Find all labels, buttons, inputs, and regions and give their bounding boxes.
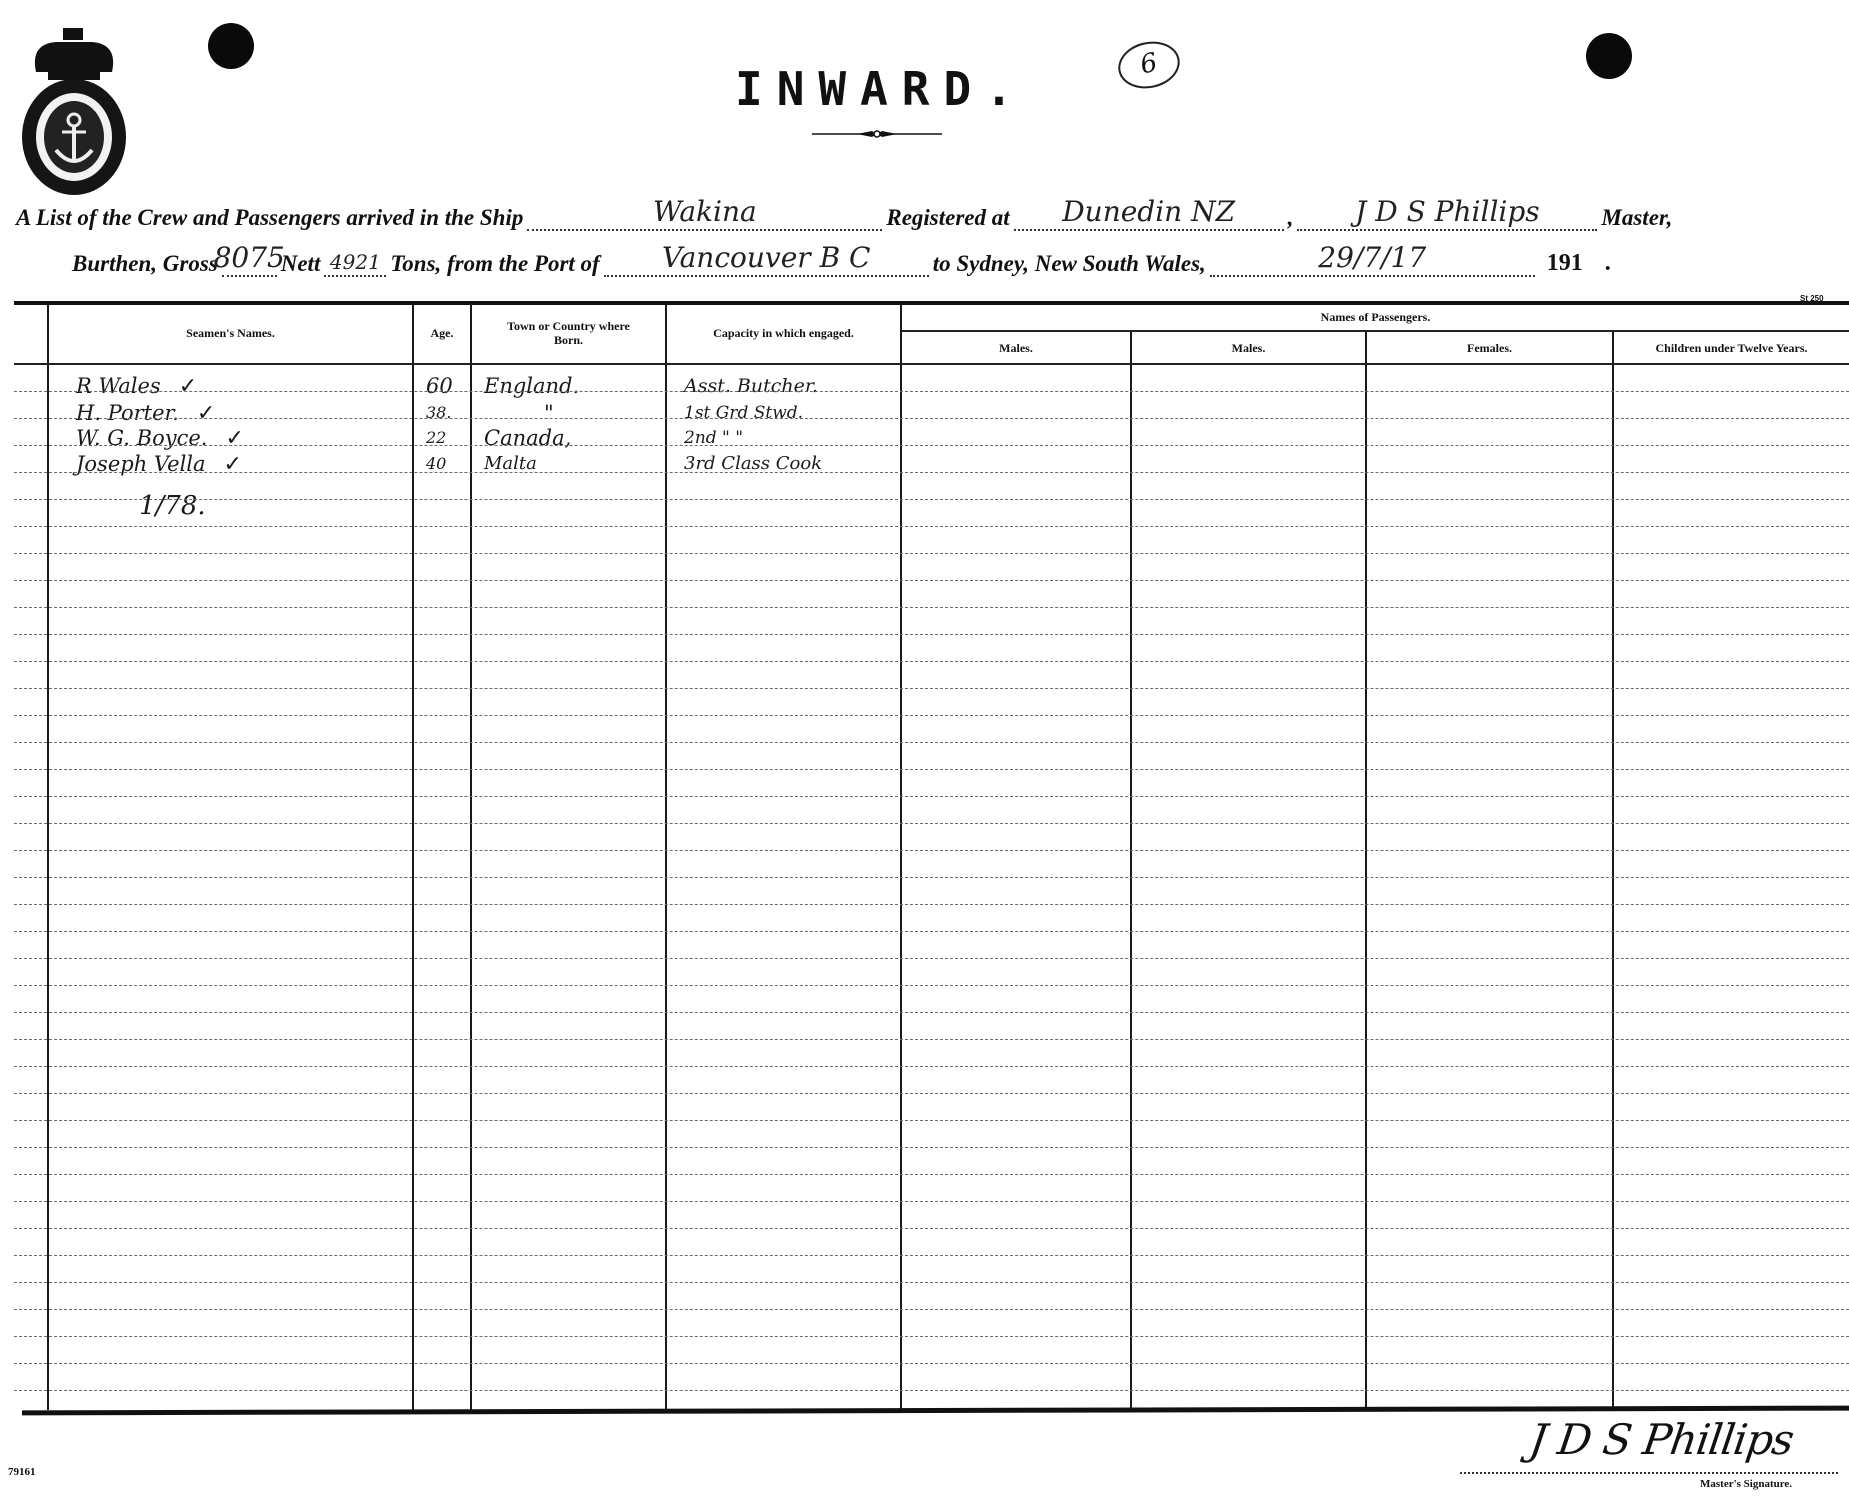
ruled-line — [14, 1390, 1849, 1392]
destination-label: to Sydney, New South Wales, — [931, 251, 1208, 277]
seaman-capacity: Asst. Butcher. — [684, 373, 818, 399]
list-prefix-label: A List of the Crew and Passengers arrive… — [14, 205, 525, 231]
header-males-1: Males. — [902, 332, 1130, 363]
ruled-line — [14, 1282, 1849, 1284]
ruled-line — [14, 904, 1849, 906]
header-town-born: Town or Country where Born. — [472, 303, 665, 363]
header-capacity: Capacity in which engaged. — [667, 303, 900, 363]
master-label: Master, — [1599, 205, 1674, 231]
burthen-gross-label: Burthen, Gross — [70, 251, 220, 277]
ruled-line — [14, 958, 1849, 960]
ruled-line — [14, 580, 1849, 582]
crew-passenger-table: Seamen's Names. Age. Town or Country whe… — [14, 303, 1849, 1413]
seaman-age: 22 — [426, 425, 446, 451]
check-mark-icon: ✓ — [225, 426, 243, 451]
punch-hole — [1586, 33, 1632, 79]
ruled-line — [14, 391, 1849, 393]
header-names-of-passengers: Names of Passengers. — [902, 303, 1849, 331]
ruled-line — [14, 742, 1849, 744]
ship-name-field[interactable]: Wakina — [527, 200, 882, 231]
ruled-line — [14, 850, 1849, 852]
title-ornament-icon — [812, 130, 942, 138]
ruled-line — [14, 931, 1849, 933]
header-males-2: Males. — [1132, 332, 1365, 363]
header-children: Children under Twelve Years. — [1614, 332, 1849, 363]
ruled-line — [14, 499, 1849, 501]
signature-line — [1460, 1472, 1838, 1474]
ruled-line — [14, 445, 1849, 447]
column-divider — [47, 303, 49, 1410]
ruled-line — [14, 1120, 1849, 1122]
crew-tally: 1/78. — [139, 493, 206, 519]
document-title: INWARD. — [735, 62, 1027, 116]
column-divider — [470, 303, 472, 1410]
seaman-age: 38. — [426, 400, 451, 426]
ruled-line — [14, 985, 1849, 987]
ruled-line — [14, 634, 1849, 636]
sheet-number: 6 — [1114, 36, 1184, 94]
check-mark-icon: ✓ — [197, 401, 215, 426]
anchor-crown-seal-icon — [18, 22, 130, 197]
nett-tons-field[interactable]: 4921 — [324, 246, 386, 277]
ruled-line — [14, 1093, 1849, 1095]
ruled-line — [14, 877, 1849, 879]
from-port-field[interactable]: Vancouver B C — [604, 246, 929, 277]
seaman-born: Canada, — [484, 425, 571, 451]
ruled-line — [14, 418, 1849, 420]
master-signature: J D S Phillips — [1527, 1415, 1797, 1464]
ruled-line — [14, 1039, 1849, 1041]
heading-line-1: A List of the Crew and Passengers arrive… — [14, 200, 1844, 231]
seaman-capacity: 2nd " " — [684, 425, 743, 451]
ruled-line — [14, 472, 1849, 474]
year-prefix: 191 — [1545, 250, 1585, 277]
ruled-line — [14, 1363, 1849, 1365]
tons-from-port-label: Tons, from the Port of — [388, 251, 601, 277]
header-seamen-names: Seamen's Names. — [49, 303, 412, 363]
table-row: H. Porter.✓ — [76, 400, 215, 427]
ruled-line — [14, 769, 1849, 771]
seaman-born: England. — [484, 373, 579, 399]
ruled-line — [14, 1309, 1849, 1311]
ruled-line — [14, 1336, 1849, 1338]
master-name-field[interactable]: J D S Phillips — [1297, 200, 1597, 231]
table-row: R Wales✓ — [76, 373, 197, 400]
header-bottom-rule — [14, 363, 1849, 366]
ruled-line — [14, 688, 1849, 690]
nett-label: Nett — [279, 251, 323, 277]
seaman-capacity: 1st Grd Stwd. — [684, 400, 803, 426]
signature-label: Master's Signature. — [1700, 1478, 1792, 1490]
column-divider — [1612, 331, 1614, 1410]
registered-port-field[interactable]: Dunedin NZ — [1014, 200, 1284, 231]
ruled-line — [14, 526, 1849, 528]
gross-tons-field[interactable]: 8075 — [222, 246, 277, 277]
seaman-age: 60 — [426, 373, 453, 399]
ruled-line — [14, 607, 1849, 609]
ruled-line — [14, 1066, 1849, 1068]
form-number: 79161 — [8, 1466, 36, 1478]
header-age: Age. — [414, 303, 470, 363]
ruled-line — [14, 1174, 1849, 1176]
heading-line-2: Burthen, Gross 8075 Nett 4921 Tons, from… — [70, 246, 1849, 277]
column-divider — [1130, 331, 1132, 1410]
registered-label: Registered at — [884, 205, 1011, 231]
seaman-born: " — [544, 400, 554, 426]
column-divider — [900, 303, 902, 1410]
seaman-name: R Wales — [76, 374, 161, 398]
ruled-line — [14, 823, 1849, 825]
table-row: W. G. Boyce.✓ — [76, 425, 244, 452]
ruled-line — [14, 661, 1849, 663]
ruled-line — [14, 553, 1849, 555]
column-divider — [412, 303, 414, 1410]
period: . — [1603, 250, 1613, 277]
comma-separator: , — [1286, 205, 1296, 231]
ruled-line — [14, 796, 1849, 798]
ruled-line — [14, 715, 1849, 717]
check-mark-icon: ✓ — [179, 374, 197, 399]
ruled-line — [14, 1255, 1849, 1257]
arrival-date-field[interactable]: 29/7/17 — [1210, 246, 1535, 277]
seaman-name: H. Porter. — [76, 401, 179, 425]
punch-hole — [208, 23, 254, 69]
column-divider — [1365, 331, 1367, 1410]
column-divider — [665, 303, 667, 1410]
ruled-line — [14, 1201, 1849, 1203]
ruled-line — [14, 1228, 1849, 1230]
ruled-line — [14, 1147, 1849, 1149]
header-females: Females. — [1367, 332, 1612, 363]
ruled-line — [14, 1012, 1849, 1014]
